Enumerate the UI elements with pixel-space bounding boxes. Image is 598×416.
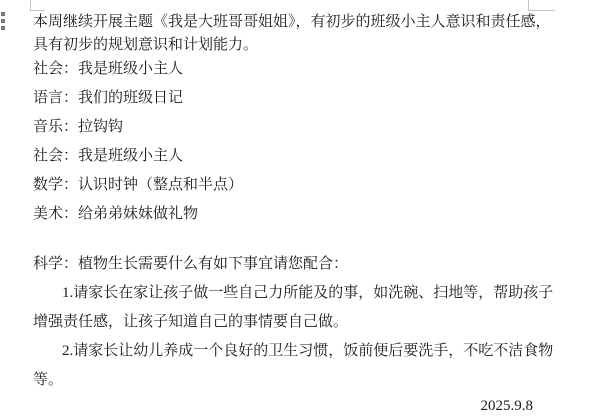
document-text-area[interactable]: 本周继续开展主题《我是大班哥哥姐姐》，有初步的班级小主人意识和责任感， 具有初步… bbox=[0, 0, 598, 416]
science-item2-line2: 等。 bbox=[33, 373, 573, 388]
science-item1-line2: 增强责任感，让孩子知道自己的事情要自己做。 bbox=[33, 315, 573, 330]
subject-line-society: 社会：我是班级小主人 bbox=[33, 62, 573, 77]
subject-line-art: 美术：给弟弟妹妹做礼物 bbox=[33, 207, 573, 222]
subject-line-music: 音乐：拉钩钩 bbox=[33, 120, 573, 135]
science-item2-line1: 2.请家长让幼儿养成一个良好的卫生习惯，饭前便后要洗手，不吃不洁食物 bbox=[62, 344, 598, 359]
science-item1-line1: 1.请家长在家让孩子做一些自己力所能及的事，如洗碗、扫地等，帮助孩子 bbox=[62, 286, 598, 301]
subject-line-language: 语言：我们的班级日记 bbox=[33, 91, 573, 106]
intro-line-1: 本周继续开展主题《我是大班哥哥姐姐》，有初步的班级小主人意识和责任感， bbox=[33, 15, 573, 30]
science-heading: 科学：植物生长需要什么有如下事宜请您配合： bbox=[33, 257, 573, 272]
subject-line-math: 数学：认识时钟（整点和半点） bbox=[33, 178, 573, 193]
subject-line-society-2: 社会：我是班级小主人 bbox=[33, 149, 573, 164]
document-date: 2025.9.8 bbox=[481, 399, 534, 414]
intro-line-2: 具有初步的规划意识和计划能力。 bbox=[33, 38, 573, 53]
